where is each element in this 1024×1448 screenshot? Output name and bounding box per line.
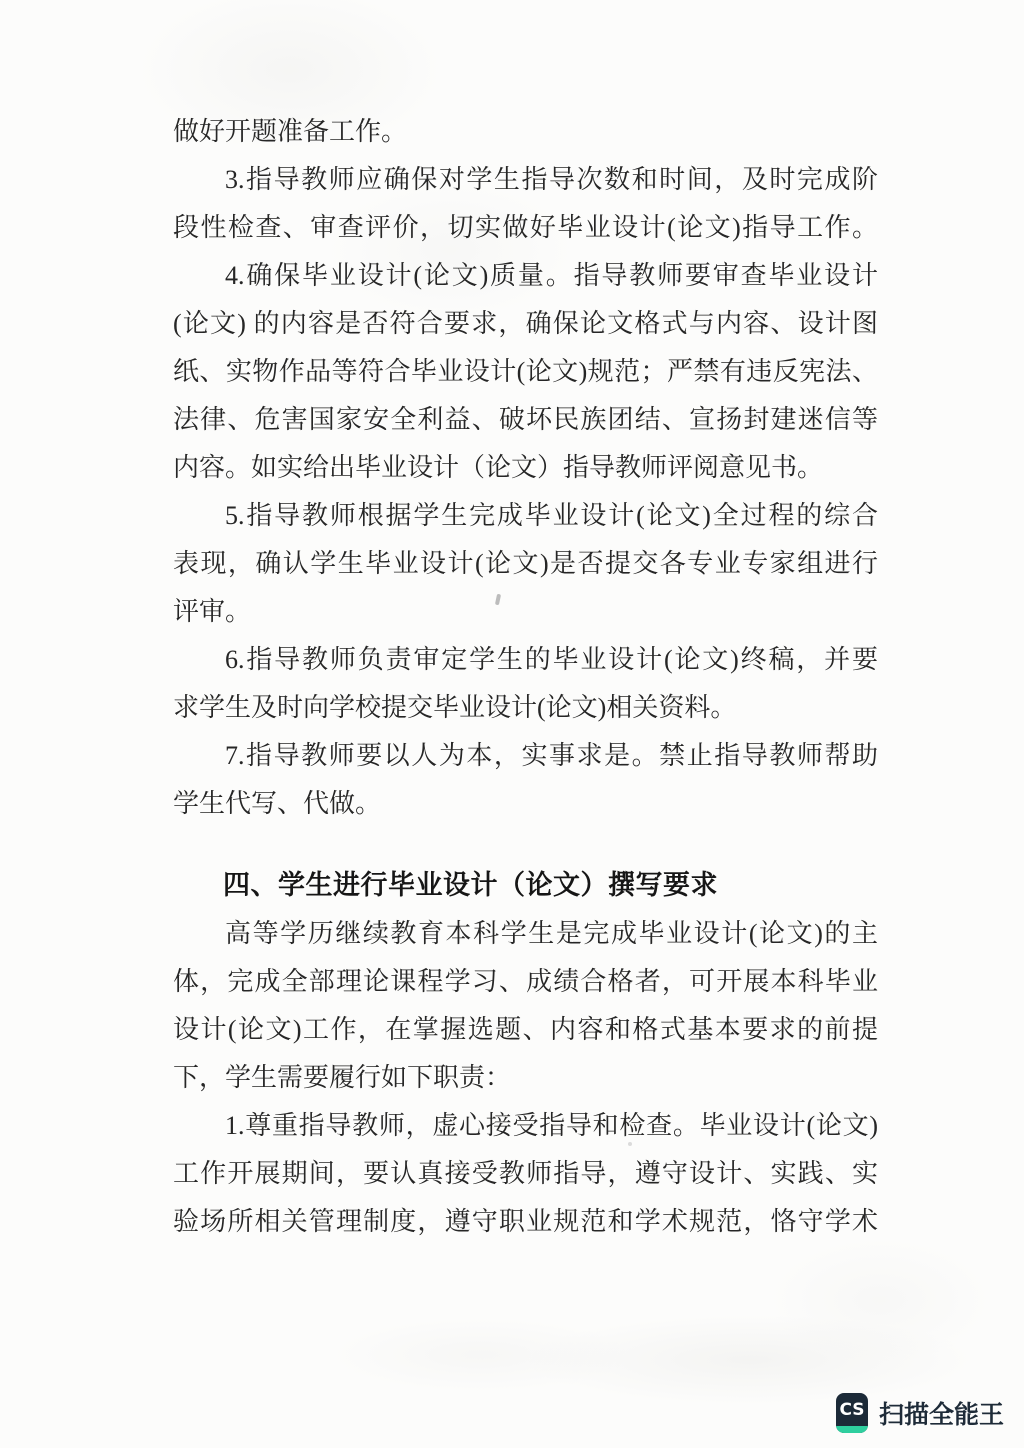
document-line: 5.指导教师根据学生完成毕业设计(论文)全过程的综合 bbox=[173, 492, 878, 540]
document-line: 做好开题准备工作。 bbox=[173, 108, 878, 156]
document-line: 学生代写、代做。 bbox=[173, 780, 878, 828]
document-line: 高等学历继续教育本科学生是完成毕业设计(论文)的主 bbox=[173, 910, 878, 958]
document-line: 1.尊重指导教师，虚心接受指导和检查。毕业设计(论文) bbox=[173, 1102, 878, 1150]
section-gap bbox=[173, 828, 878, 862]
document-line: 体，完成全部理论课程学习、成绩合格者，可开展本科毕业 bbox=[173, 958, 878, 1006]
document-line: 下，学生需要履行如下职责： bbox=[173, 1054, 878, 1102]
document-line: 4.确保毕业设计(论文)质量。指导教师要审查毕业设计 bbox=[173, 252, 878, 300]
document-line: 求学生及时向学校提交毕业设计(论文)相关资料。 bbox=[173, 684, 878, 732]
document-line: 验场所相关管理制度，遵守职业规范和学术规范，恪守学术 bbox=[173, 1198, 878, 1246]
document-line: 工作开展期间，要认真接受教师指导，遵守设计、实践、实 bbox=[173, 1150, 878, 1198]
section-heading: 四、学生进行毕业设计（论文）撰写要求 bbox=[173, 862, 878, 910]
document-line: (论文) 的内容是否符合要求，确保论文格式与内容、设计图 bbox=[173, 300, 878, 348]
camscanner-icon: CS bbox=[836, 1393, 868, 1433]
document-line: 内容。如实给出毕业设计（论文）指导教师评阅意见书。 bbox=[173, 444, 878, 492]
camscanner-icon-letters: CS bbox=[836, 1395, 868, 1425]
document-line: 评审。 bbox=[173, 588, 878, 636]
document-line: 纸、实物作品等符合毕业设计(论文)规范；严禁有违反宪法、 bbox=[173, 348, 878, 396]
document-line: 法律、危害国家安全利益、破坏民族团结、宣扬封建迷信等 bbox=[173, 396, 878, 444]
document-body: 做好开题准备工作。 3.指导教师应确保对学生指导次数和时间，及时完成阶 段性检查… bbox=[173, 108, 878, 1246]
document-line: 6.指导教师负责审定学生的毕业设计(论文)终稿，并要 bbox=[173, 636, 878, 684]
document-line: 3.指导教师应确保对学生指导次数和时间，及时完成阶 bbox=[173, 156, 878, 204]
document-line: 7.指导教师要以人为本，实事求是。禁止指导教师帮助 bbox=[173, 732, 878, 780]
camscanner-watermark: CS 扫描全能王 bbox=[836, 1393, 1004, 1433]
camscanner-icon-accent-bar bbox=[836, 1426, 868, 1433]
document-line: 段性检查、审查评价，切实做好毕业设计(论文)指导工作。 bbox=[173, 204, 878, 252]
document-line: 表现，确认学生毕业设计(论文)是否提交各专业专家组进行 bbox=[173, 540, 878, 588]
camscanner-label: 扫描全能王 bbox=[879, 1395, 1004, 1431]
document-line: 设计(论文)工作，在掌握选题、内容和格式基本要求的前提 bbox=[173, 1006, 878, 1054]
